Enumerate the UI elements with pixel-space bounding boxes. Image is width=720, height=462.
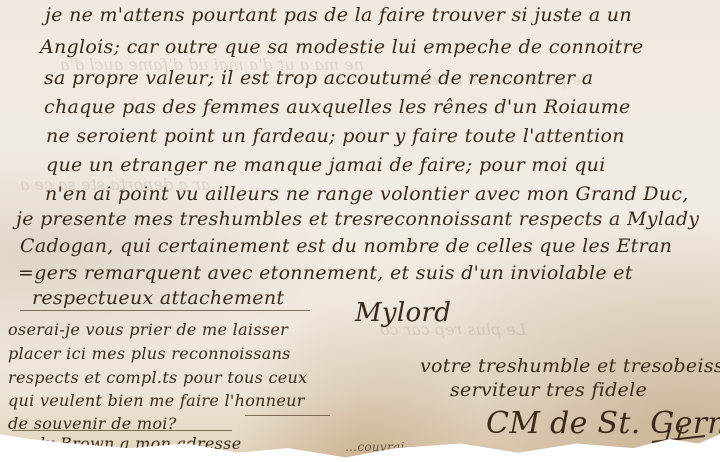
divider-line [12, 430, 232, 431]
body-line: que un etranger ne manque jamai de faire… [46, 154, 606, 176]
body-line: je presente mes treshumbles et tresrecon… [16, 208, 699, 230]
body-line: n'en ai point vu ailleurs ne range volon… [45, 183, 689, 205]
divider-line [245, 415, 330, 416]
closing-line: votre treshumble et tresobeiss. [420, 355, 720, 377]
salutation: Mylord [355, 298, 451, 328]
signature-flourish-icon [650, 420, 710, 450]
body-line: ne seroient point un fardeau; pour y fai… [46, 125, 625, 147]
body-line: je ne m'attens pourtant pas de la faire … [45, 4, 632, 26]
closing-line: serviteur tres fidele [450, 379, 647, 401]
postscript-line: oserai-je vous prier de me laisser [8, 320, 288, 339]
divider-line [20, 310, 310, 311]
body-line: =gers remarquent avec etonnement, et sui… [18, 262, 633, 284]
body-line: Cadogan, qui certainement est du nombre … [20, 235, 672, 257]
body-line: Anglois; car outre que sa modestie lui e… [40, 36, 644, 58]
body-line: chaque pas des femmes auxquelles les rên… [44, 96, 631, 118]
bottom-fragment: ...couvrai... [345, 440, 417, 454]
postscript-line: qui veulent bien me faire l'honneur [8, 391, 305, 410]
body-line: sa propre valeur; il est trop accoutumé … [44, 67, 593, 89]
letter-page: ne ma a ut d'a mai ud d'fame aucl d'a le… [0, 0, 720, 462]
body-line: respectueux attachement [32, 287, 284, 309]
postscript-line: respects et compl.ts pour tous ceux [8, 368, 307, 387]
postscript-line: placer ici mes plus reconnoissans [8, 344, 291, 363]
address-line: Lady Brown a mon adresse [14, 434, 241, 453]
